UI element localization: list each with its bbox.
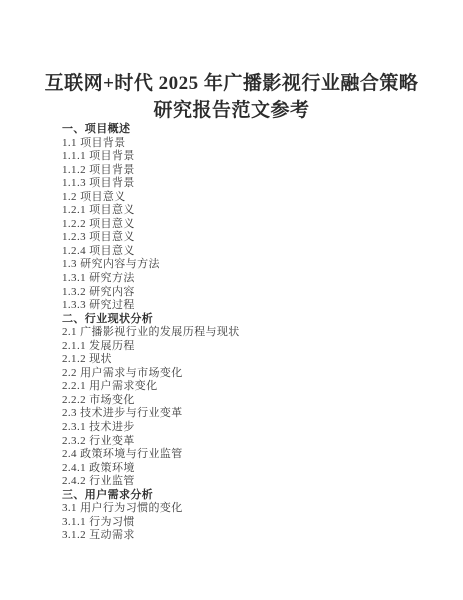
document-title: 互联网+时代 2025 年广播影视行业融合策略 研究报告范文参考: [30, 70, 433, 124]
toc-item: 1.2.4 项目意义: [62, 245, 433, 259]
toc-item: 1.2.1 项目意义: [62, 204, 433, 218]
toc-item: 2.1.1 发展历程: [62, 340, 433, 354]
toc-item: 2.4 政策环境与行业监管: [62, 448, 433, 462]
document-page: 互联网+时代 2025 年广播影视行业融合策略 研究报告范文参考 一、项目概述1…: [0, 0, 463, 600]
toc-item: 2.4.1 政策环境: [62, 462, 433, 476]
toc-item: 1.1.3 项目背景: [62, 177, 433, 191]
toc-item: 3.1.2 互动需求: [62, 529, 433, 543]
toc-item: 2.1 广播影视行业的发展历程与现状: [62, 326, 433, 340]
toc-item: 2.3 技术进步与行业变革: [62, 407, 433, 421]
toc-item: 1.2 项目意义: [62, 191, 433, 205]
toc-item: 2.3.2 行业变革: [62, 435, 433, 449]
toc-item: 1.1 项目背景: [62, 137, 433, 151]
toc-item: 三、用户需求分析: [62, 489, 433, 503]
toc-item: 1.3 研究内容与方法: [62, 258, 433, 272]
toc-item: 2.3.1 技术进步: [62, 421, 433, 435]
toc-item: 2.1.2 现状: [62, 353, 433, 367]
toc-item: 2.2.1 用户需求变化: [62, 380, 433, 394]
toc-item: 1.2.3 项目意义: [62, 231, 433, 245]
toc-item: 2.4.2 行业监管: [62, 475, 433, 489]
toc-item: 一、项目概述: [62, 123, 433, 137]
toc-item: 1.3.1 研究方法: [62, 272, 433, 286]
document-title-line-1: 互联网+时代 2025 年广播影视行业融合策略: [30, 70, 433, 97]
toc-item: 1.2.2 项目意义: [62, 218, 433, 232]
toc-item: 2.2 用户需求与市场变化: [62, 367, 433, 381]
document-title-line-2: 研究报告范文参考: [30, 97, 433, 124]
toc-item: 2.2.2 市场变化: [62, 394, 433, 408]
toc-item: 1.1.1 项目背景: [62, 150, 433, 164]
toc-item: 3.1.1 行为习惯: [62, 516, 433, 530]
toc-item: 二、行业现状分析: [62, 313, 433, 327]
toc-item: 1.3.2 研究内容: [62, 286, 433, 300]
table-of-contents: 一、项目概述1.1 项目背景1.1.1 项目背景1.1.2 项目背景1.1.3 …: [62, 123, 433, 543]
toc-item: 1.1.2 项目背景: [62, 164, 433, 178]
toc-item: 1.3.3 研究过程: [62, 299, 433, 313]
toc-item: 3.1 用户行为习惯的变化: [62, 502, 433, 516]
